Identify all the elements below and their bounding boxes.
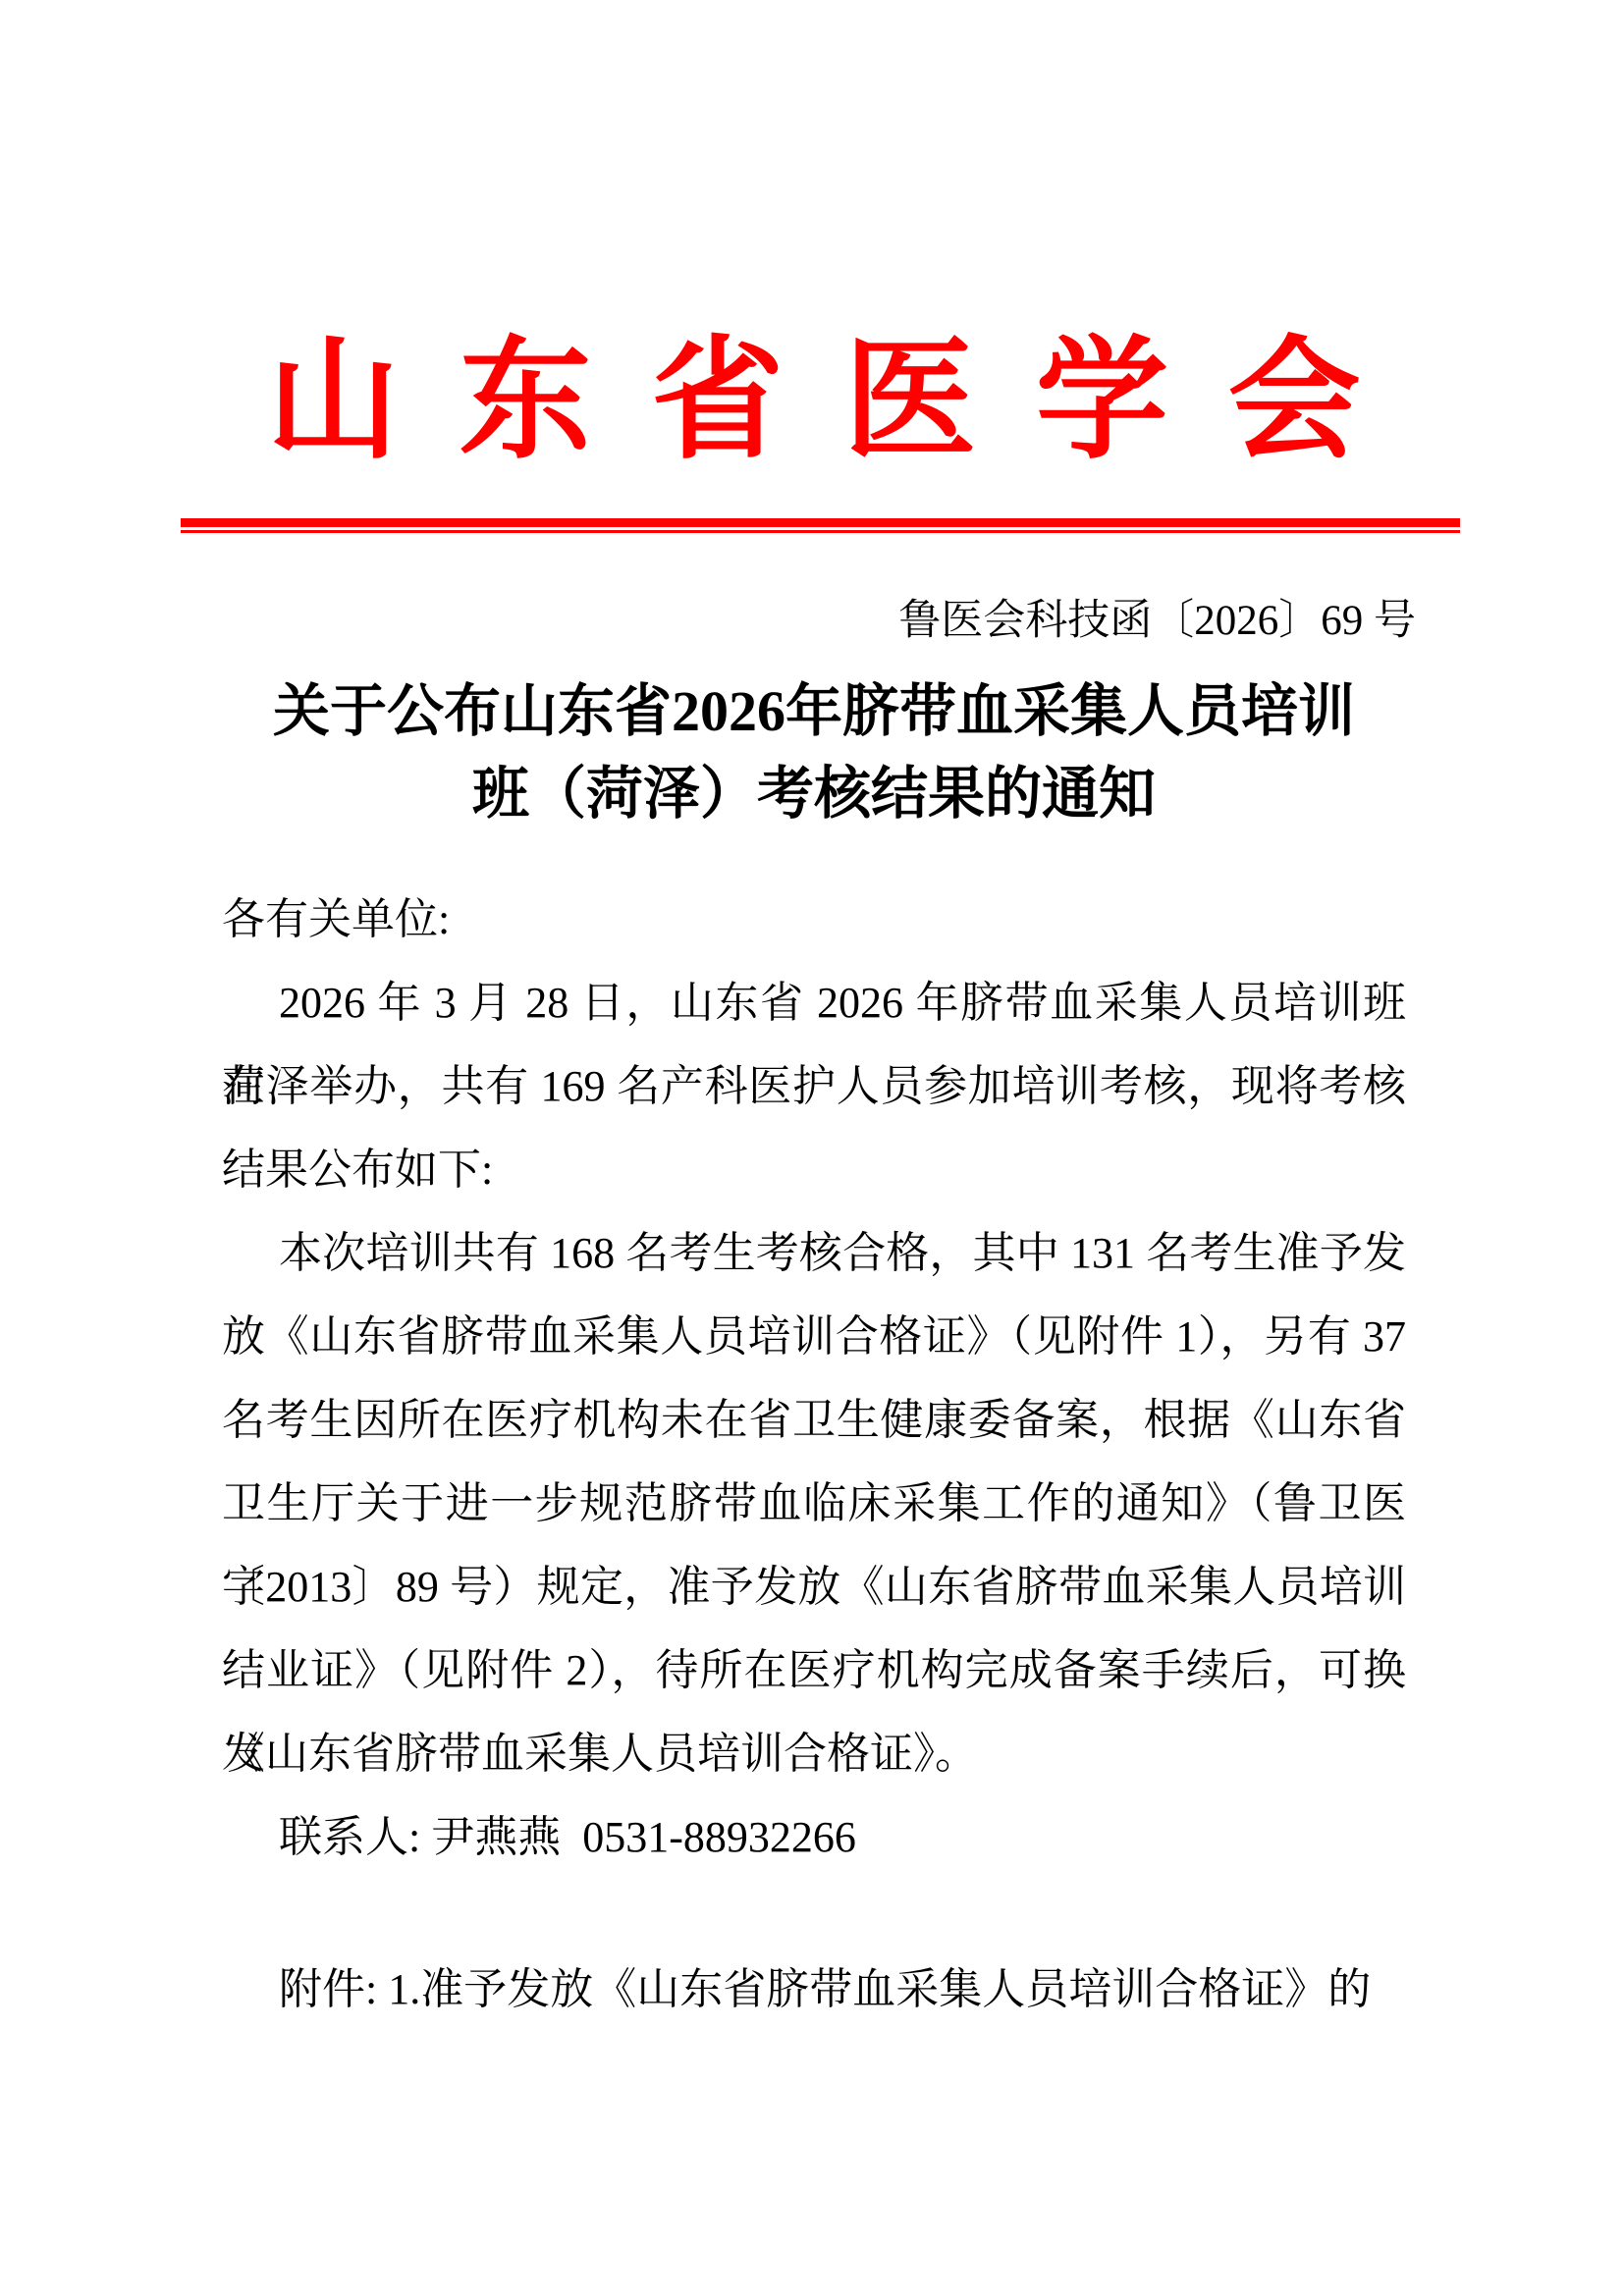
body-line: 名考生因所在医疗机构未在省卫生健康委备案，根据《山东省 bbox=[222, 1378, 1406, 1462]
body-line: 结业证》（见附件 2），待所在医疗机构完成备案手续后，可换发 bbox=[222, 1629, 1406, 1712]
contact-line: 联系人: 尹燕燕 0531-88932266 bbox=[222, 1795, 1406, 1879]
official-document-page: 山 东 省 医 学 会 鲁医会科技函〔2026〕69 号 关于公布山东省2026… bbox=[0, 0, 1624, 2296]
body-line: 放《山东省脐带血采集人员培训合格证》（见附件 1），另有 37 bbox=[222, 1295, 1406, 1378]
divider-thick-bar bbox=[181, 518, 1460, 527]
body-line: 菏泽举办，共有 169 名产科医护人员参加培训考核，现将考核 bbox=[222, 1044, 1406, 1128]
body-line: 〔2013〕89 号）规定，准予发放《山东省脐带血采集人员培训 bbox=[222, 1545, 1406, 1629]
body-line: 卫生厅关于进一步规范脐带血临床采集工作的通知》（鲁卫医字 bbox=[222, 1462, 1406, 1545]
document-body: 各有关单位: 2026 年 3 月 28 日，山东省 2026 年脐带血采集人员… bbox=[222, 878, 1406, 2031]
attachment-line: 附件: 1.准予发放《山东省脐带血采集人员培训合格证》的 bbox=[222, 1948, 1406, 2031]
body-line: 《山东省脐带血采集人员培训合格证》。 bbox=[222, 1712, 1406, 1795]
salutation-line: 各有关单位: bbox=[222, 878, 1406, 961]
body-line: 2026 年 3 月 28 日，山东省 2026 年脐带血采集人员培训班在 bbox=[222, 961, 1406, 1044]
document-title-line-2: 班（菏泽）考核结果的通知 bbox=[222, 753, 1406, 835]
letterhead-org-name: 山 东 省 医 学 会 bbox=[181, 334, 1460, 471]
document-title: 关于公布山东省2026年脐带血采集人员培训 班（菏泽）考核结果的通知 bbox=[222, 670, 1406, 835]
body-line: 结果公布如下: bbox=[222, 1128, 1406, 1211]
document-title-line-1: 关于公布山东省2026年脐带血采集人员培训 bbox=[222, 670, 1406, 753]
blank-gap bbox=[222, 1879, 1406, 1948]
divider-thin-bar bbox=[181, 530, 1460, 533]
letterhead-divider bbox=[181, 518, 1460, 533]
body-line: 本次培训共有 168 名考生考核合格，其中 131 名考生准予发 bbox=[222, 1211, 1406, 1295]
doc-reference-number: 鲁医会科技函〔2026〕69 号 bbox=[222, 592, 1416, 651]
